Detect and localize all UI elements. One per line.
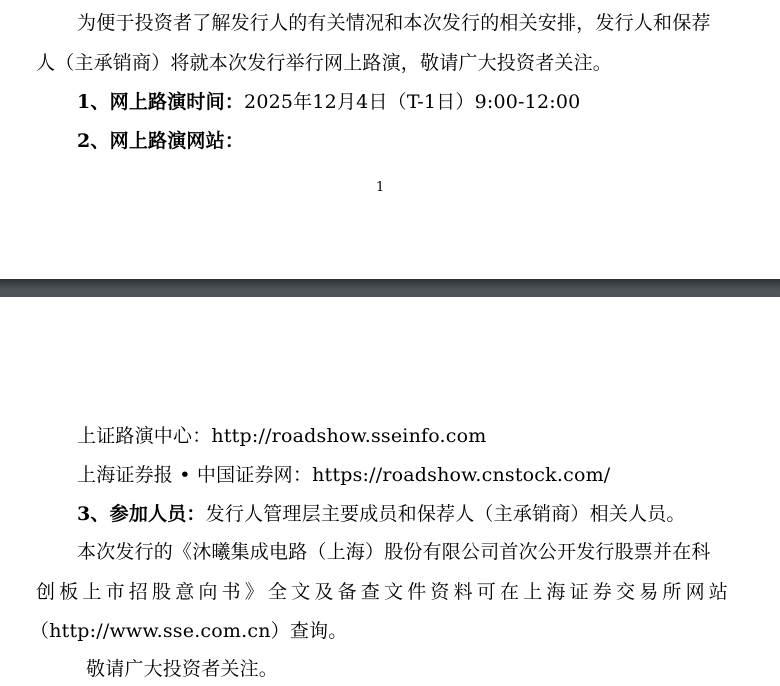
participants-item: 3、参加人员：发行人管理层主要成员和保荐人（主承销商）相关人员。 [77, 502, 686, 526]
roadshow-website-heading: 2、网上路演网站： [77, 129, 244, 153]
roadshow-site-cnstock: 上海证券报 • 中国证券网：https://roadshow.cnstock.c… [77, 463, 610, 487]
prospectus-paragraph-line-1: 本次发行的《沐曦集成电路（上海）股份有限公司首次公开发行股票并在科 [77, 540, 711, 564]
sse-roadshow-url[interactable]: http://roadshow.sseinfo.com [211, 425, 486, 447]
closing-line: 敬请广大投资者关注。 [86, 657, 278, 681]
roadshow-time-value: 2025年12月4日（T-1日）9:00-12:00 [244, 91, 580, 113]
intro-paragraph-line-1: 为便于投资者了解发行人的有关情况和本次发行的相关安排，发行人和保荐 [77, 11, 711, 35]
page-number: 1 [376, 180, 384, 196]
intro-paragraph-line-2: 人（主承销商）将就本次发行举行网上路演，敬请广大投资者关注。 [36, 51, 612, 75]
sse-roadshow-label: 上证路演中心： [77, 425, 211, 447]
roadshow-site-sse: 上证路演中心：http://roadshow.sseinfo.com [77, 424, 487, 448]
roadshow-time-label: 1、网上路演时间： [77, 91, 244, 113]
participants-label: 3、参加人员： [77, 503, 206, 525]
document-page-2: 上证路演中心：http://roadshow.sseinfo.com 上海证券报… [0, 297, 780, 686]
page-separator [0, 279, 780, 297]
roadshow-time-item: 1、网上路演时间：2025年12月4日（T-1日）9:00-12:00 [77, 90, 580, 114]
cnstock-roadshow-url[interactable]: https://roadshow.cnstock.com/ [312, 464, 610, 486]
cnstock-roadshow-label: 上海证券报 • 中国证券网： [77, 464, 312, 486]
prospectus-paragraph-line-3: （http://www.sse.com.cn）查询。 [30, 619, 347, 643]
document-page-1: 为便于投资者了解发行人的有关情况和本次发行的相关安排，发行人和保荐 人（主承销商… [0, 0, 780, 279]
participants-value: 发行人管理层主要成员和保荐人（主承销商）相关人员。 [206, 503, 686, 525]
prospectus-paragraph-line-2: 创板上市招股意向书》全文及备查文件资料可在上海证券交易所网站 [36, 580, 732, 604]
